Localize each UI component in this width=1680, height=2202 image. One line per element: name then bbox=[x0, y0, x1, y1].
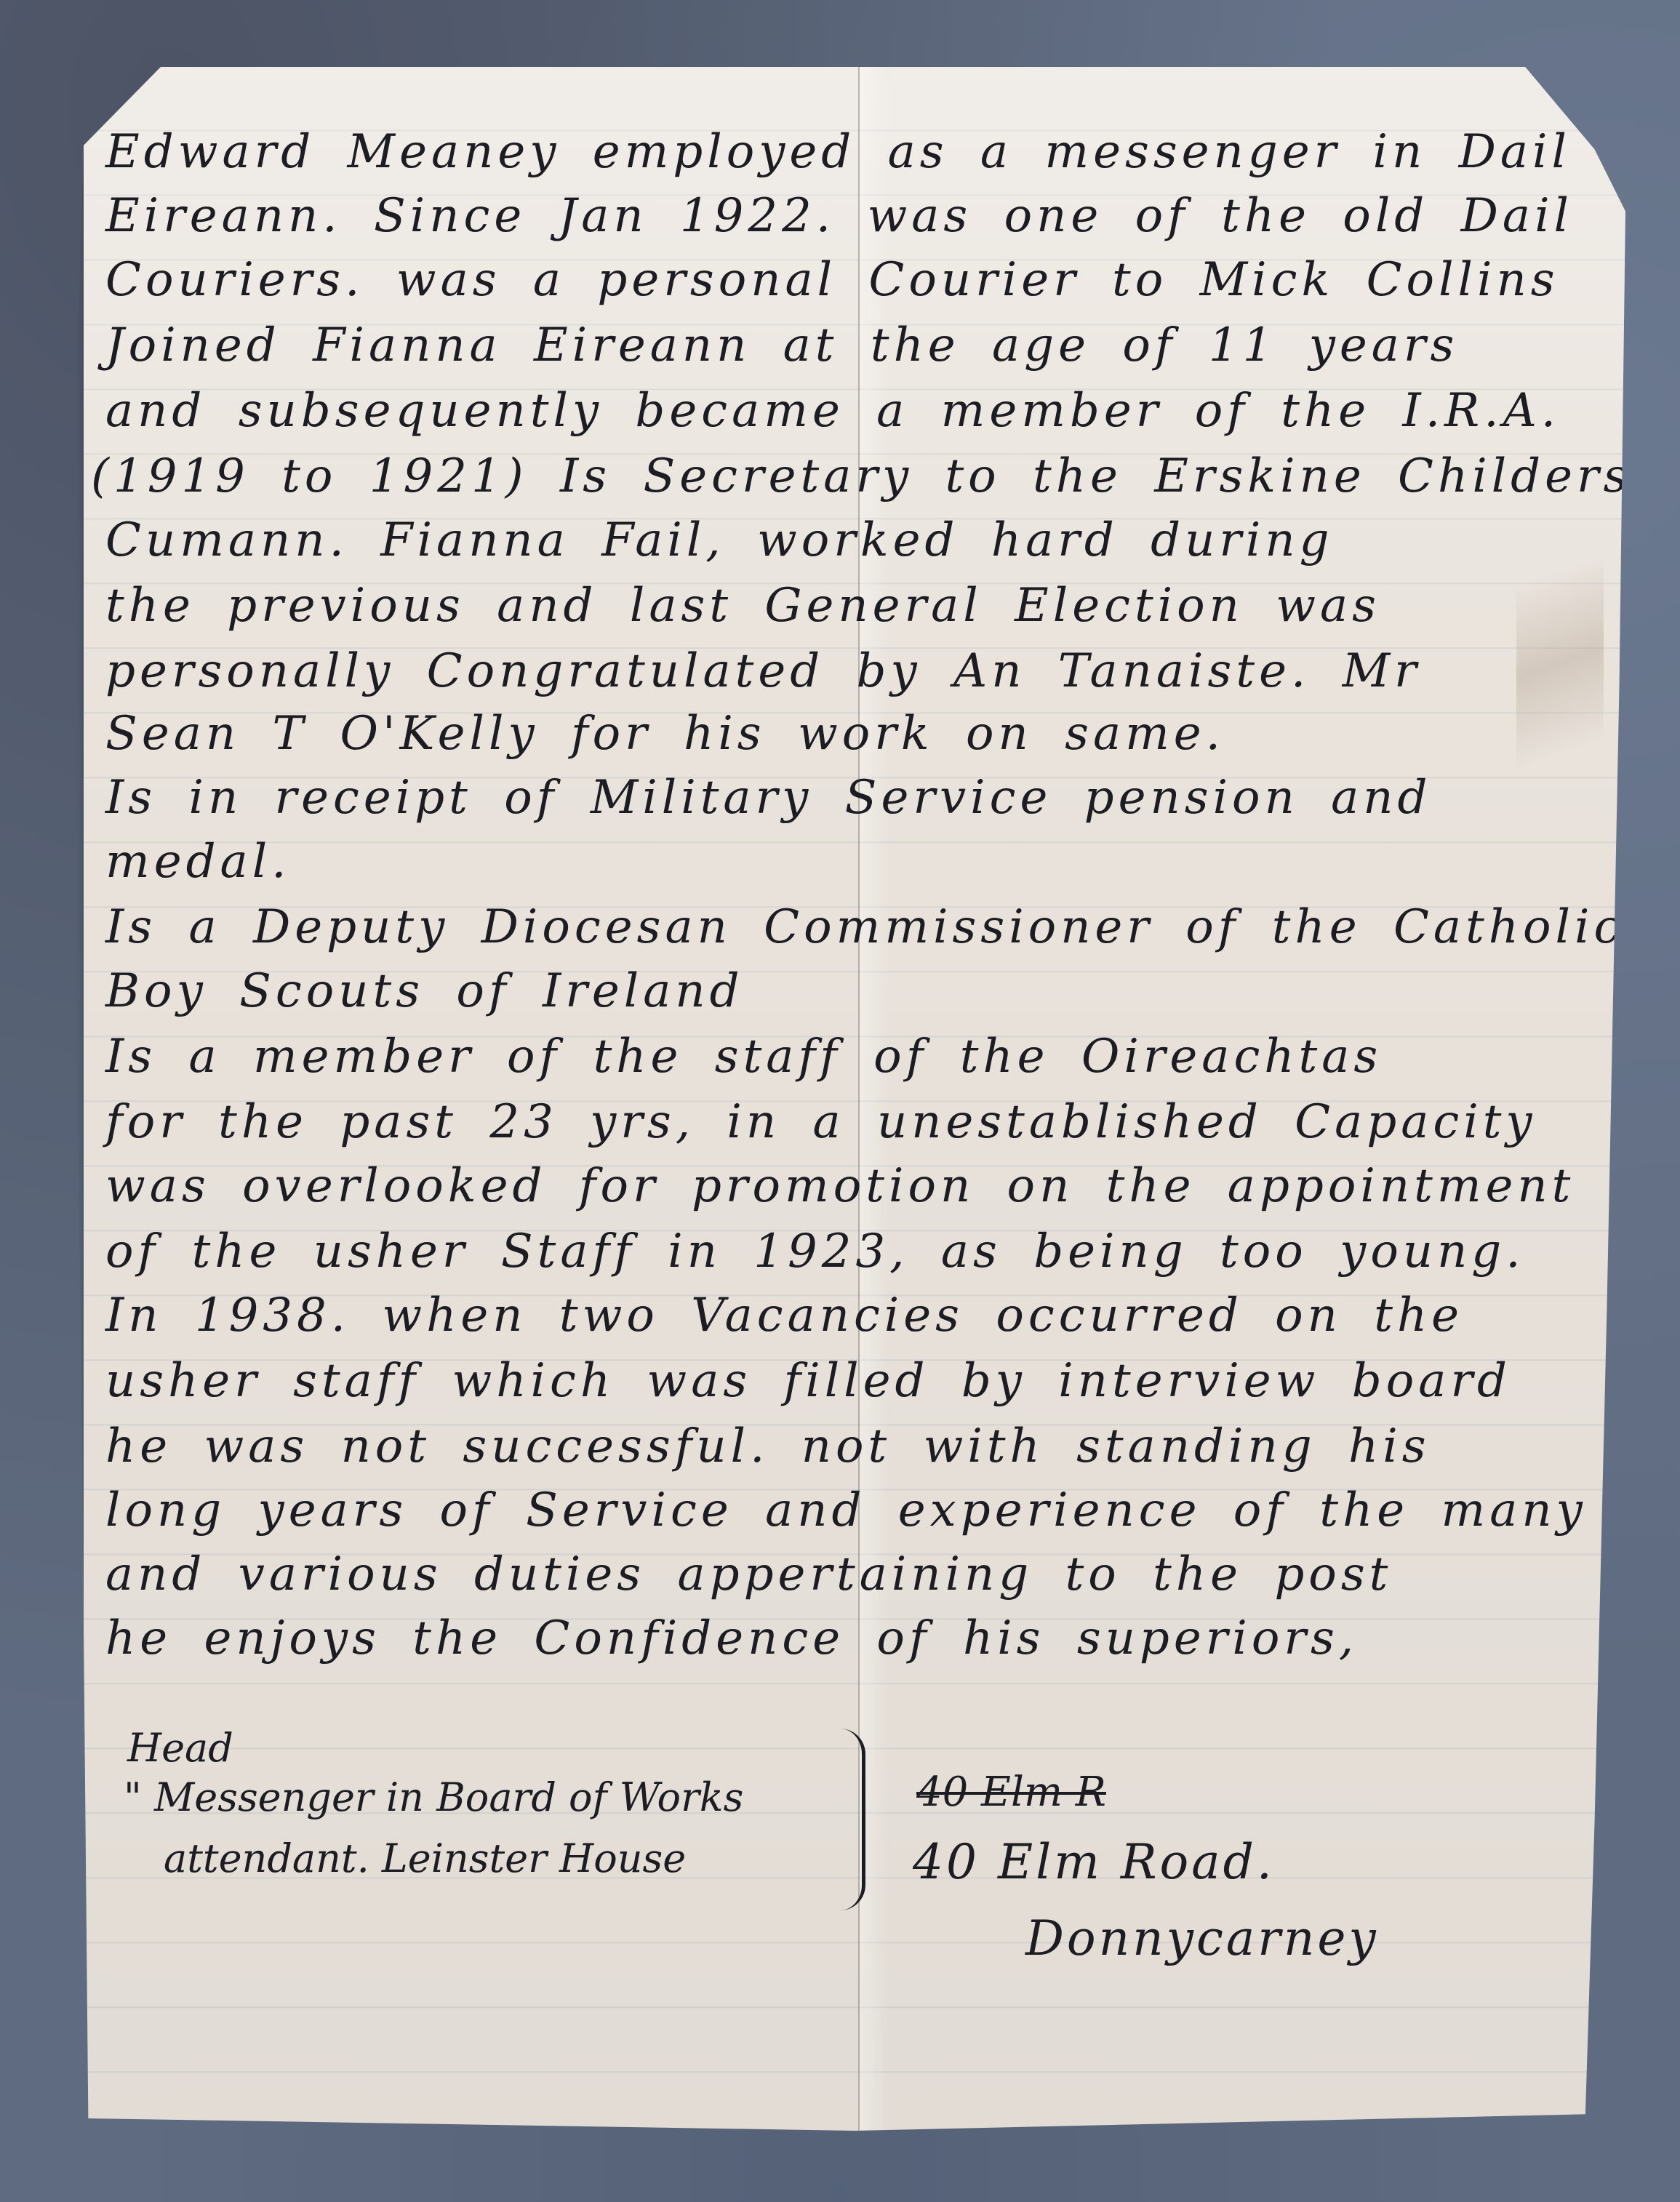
body-line: Joined Fianna Eireann at the age of 11 y… bbox=[105, 319, 1458, 372]
body-line: Sean T O'Kelly for his work on same. bbox=[105, 707, 1225, 761]
curly-brace bbox=[840, 1729, 865, 1910]
body-line: Cumann. Fianna Fail, worked hard during bbox=[105, 513, 1334, 567]
body-line: and subsequently became a member of the … bbox=[105, 384, 1560, 438]
body-line: of the usher Staff in 1923, as being too… bbox=[105, 1225, 1525, 1278]
address-street: 40 Elm Road. bbox=[913, 1834, 1275, 1890]
body-line: Couriers. was a personal Courier to Mick… bbox=[105, 253, 1559, 307]
sig-title-head: Head bbox=[127, 1725, 233, 1771]
body-line: was overlooked for promotion on the appo… bbox=[105, 1159, 1575, 1213]
struck-address: 40 Elm R bbox=[916, 1769, 1106, 1816]
body-line: personally Congratulated by An Tanaiste.… bbox=[105, 644, 1421, 698]
body-line: for the past 23 yrs, in a unestablished … bbox=[105, 1095, 1537, 1149]
body-line: medal. bbox=[105, 835, 291, 889]
body-line: usher staff which was filled by intervie… bbox=[105, 1354, 1511, 1408]
body-line: Is a Deputy Diocesan Commissioner of the… bbox=[105, 900, 1624, 954]
letter-paper: Edward Meaney employed as a messenger in… bbox=[84, 67, 1625, 2131]
sig-title-role: " Messenger in Board of Works bbox=[124, 1774, 743, 1820]
body-line: Eireann. Since Jan 1922. was one of the … bbox=[105, 189, 1573, 243]
body-line: long years of Service and experience of … bbox=[105, 1484, 1587, 1537]
address-district: Donnycarney bbox=[1025, 1910, 1379, 1966]
body-line: In 1938. when two Vacancies occurred on … bbox=[105, 1289, 1463, 1342]
body-line: and various duties appertaining to the p… bbox=[105, 1548, 1392, 1601]
body-line: he was not successful. not with standing… bbox=[105, 1420, 1431, 1473]
paper-crease bbox=[1516, 445, 1604, 881]
body-line: Is in receipt of Military Service pensio… bbox=[105, 771, 1431, 825]
sig-title-location: attendant. Leinster House bbox=[164, 1835, 686, 1881]
body-line: (1919 to 1921) Is Secretary to the Erski… bbox=[91, 449, 1631, 503]
body-line: Edward Meaney employed as a messenger in… bbox=[105, 125, 1571, 179]
body-line: the previous and last General Election w… bbox=[105, 579, 1380, 633]
body-line: he enjoys the Confidence of his superior… bbox=[105, 1612, 1358, 1665]
body-line: Is a member of the staff of the Oireacht… bbox=[105, 1030, 1382, 1084]
body-line: Boy Scouts of Ireland bbox=[105, 964, 744, 1018]
